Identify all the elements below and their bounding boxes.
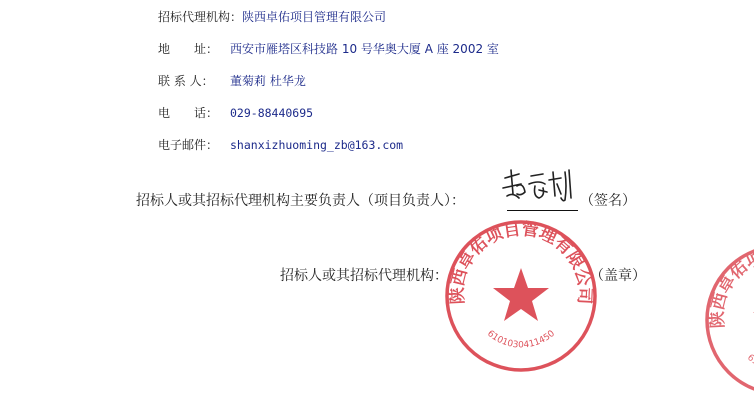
contacts-label: 联 系 人： <box>158 74 230 88</box>
email-row: 电子邮件：shanxizhuoming_zb@163.com <box>158 138 403 152</box>
contacts-value: 董菊莉 杜华龙 <box>230 74 306 88</box>
agency-value: 陕西卓佑项目管理有限公司 <box>242 10 386 24</box>
handwritten-signature <box>495 166 585 210</box>
address-value: 西安市雁塔区科技路 10 号华奥大厦 A 座 2002 室 <box>230 42 499 56</box>
phone-row: 电 话：029-88440695 <box>158 106 313 120</box>
company-seal-stamp-partial: 陕西卓佑项目管理有限公司 6101030411450 <box>703 242 754 398</box>
signature-line <box>507 210 578 211</box>
email-label: 电子邮件： <box>158 138 230 152</box>
seal-label: 招标人或其招标代理机构： <box>280 268 448 284</box>
contacts-row: 联 系 人：董菊莉 杜华龙 <box>158 74 306 88</box>
agency-row: 招标代理机构：陕西卓佑项目管理有限公司 <box>158 10 386 24</box>
address-row: 地 址：西安市雁塔区科技路 10 号华奥大厦 A 座 2002 室 <box>158 42 499 56</box>
svg-text:6101030411450: 6101030411450 <box>485 329 557 351</box>
company-seal-stamp: 陕西卓佑项目管理有限公司 6101030411450 <box>443 218 599 374</box>
phone-label: 电 话： <box>158 106 230 120</box>
sign-suffix: （签名） <box>580 193 636 209</box>
email-value: shanxizhuoming_zb@163.com <box>230 138 403 152</box>
agency-label: 招标代理机构： <box>158 10 242 24</box>
svg-text:6101030411450: 6101030411450 <box>745 353 754 375</box>
phone-value: 029-88440695 <box>230 106 313 120</box>
responsible-label: 招标人或其招标代理机构主要负责人（项目负责人）： <box>136 193 465 209</box>
star-icon <box>493 268 549 321</box>
address-label: 地 址： <box>158 42 230 56</box>
